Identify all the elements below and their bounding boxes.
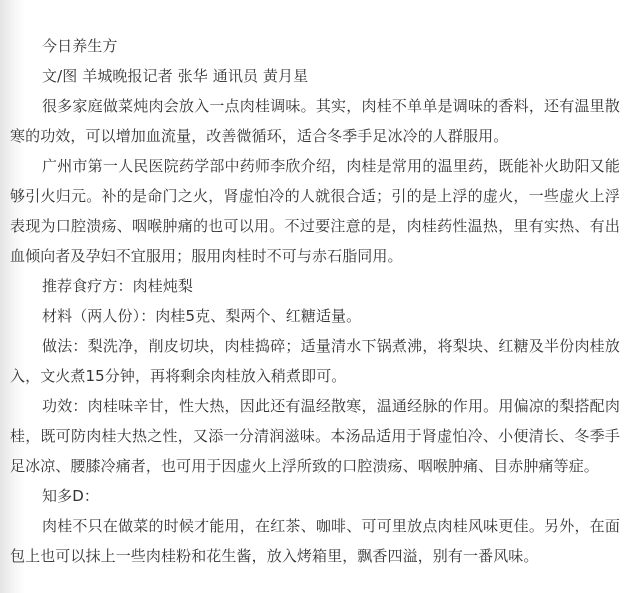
paragraph-intro: 很多家庭做菜炖肉会放入一点肉桂调味。其实，肉桂不单单是调味的香料，还有温里散寒的… xyxy=(10,91,620,151)
recipe-method: 做法：梨洗净，削皮切块，肉桂捣碎；适量清水下锅煮沸，将梨块、红糖及半份肉桂放入，… xyxy=(10,331,620,391)
recipe-heading: 推荐食疗方：肉桂炖梨 xyxy=(10,271,620,301)
article-title: 今日养生方 xyxy=(10,31,620,61)
recipe-ingredients: 材料（两人份）：肉桂5克、梨两个、红糖适量。 xyxy=(10,301,620,331)
article-byline: 文/图 羊城晚报记者 张华 通讯员 黄月星 xyxy=(10,61,620,91)
article-body: 今日养生方 文/图 羊城晚报记者 张华 通讯员 黄月星 很多家庭做菜炖肉会放入一… xyxy=(10,31,620,571)
recipe-efficacy: 功效：肉桂味辛甘，性大热，因此还有温经散寒，温通经脉的作用。用偏凉的梨搭配肉桂，… xyxy=(10,391,620,481)
tip-body: 肉桂不只在做菜的时候才能用，在红茶、咖啡、可可里放点肉桂风味更佳。另外，在面包上… xyxy=(10,511,620,571)
tip-heading: 知多D： xyxy=(10,481,620,511)
paragraph-expert: 广州市第一人民医院药学部中药师李欣介绍，肉桂是常用的温里药，既能补火助阳又能够引… xyxy=(10,151,620,271)
